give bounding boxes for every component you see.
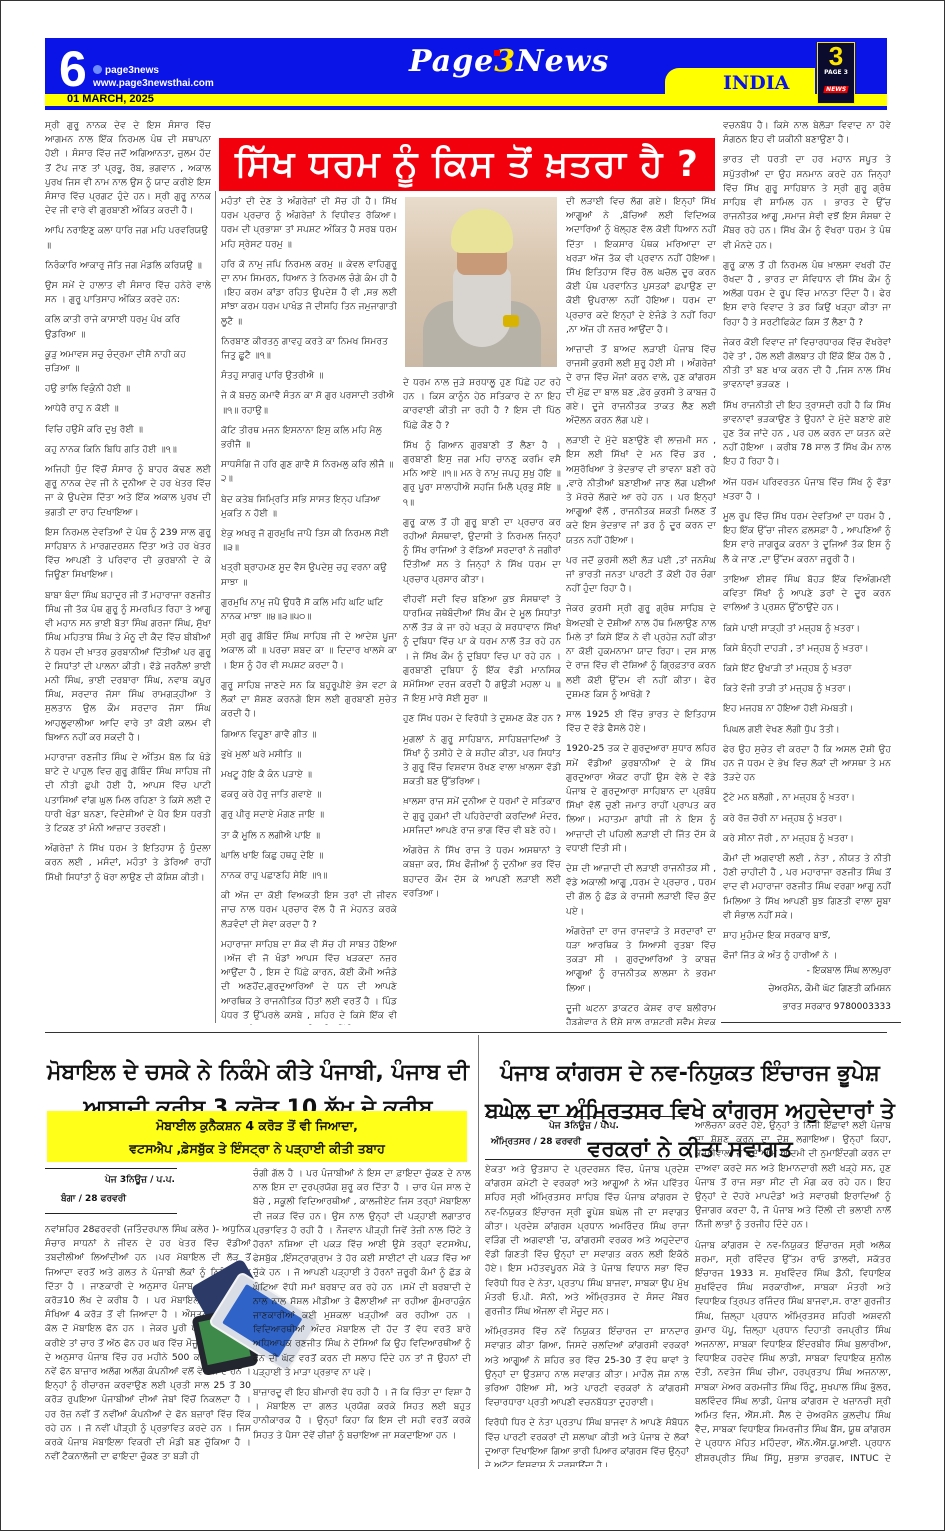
main-article-column-2: ਮਹੰਤਾਂ ਦੀ ਦੇਣ ਤੇ ਅੰਗਰੇਜ਼ਾਂ ਦੀ ਸੋਚ ਹੀ ਹੈ।… (221, 195, 397, 1025)
author-name: - ਇਕਬਾਲ ਸਿੰਘ ਲਾਲਪੁਰਾ (723, 964, 891, 979)
paragraph: ਲੜਾਈ ਦੇ ਮੁੱਦੇ ਬਣਾਉਣੇ ਵੀ ਲਾਜ਼ਮੀ ਸਨ , ਇਸ ਲ… (566, 434, 716, 548)
logo-suffix: News (516, 44, 609, 79)
paragraph: ਇਸ ਨਿਰਮਲ ਦੇਵਤਿਆਂ ਦੇ ਪੰਥ ਨੂੰ 239 ਸਾਲ ਗੁਰੂ… (45, 526, 211, 583)
masthead: 6 page3news www.page3newsthai.com 01 MAR… (45, 38, 887, 110)
photo-beard (453, 267, 511, 347)
poem-line: ਕਰੇ ਸੀਨਾ ਜੋਰੀ , ਨਾ ਮਜ਼੍ਹਬ ਨੂੰ ਖ਼ਤਰਾ। (723, 832, 891, 846)
verse: ਕਲਿ ਕਾਤੀ ਰਾਜੇ ਕਾਸਾਈ ਧਰਮੁ ਪੰਖ ਕਰਿ ਉਡਰਿਆ ॥ (45, 313, 211, 341)
paragraph: ਪੰਜਾਬ ਕਾਂਗਰਸ ਦੇ ਨਵ-ਨਿਯੁਕਤ ਇੰਚਾਰਜ ਸ੍ਰੀ ਅਲ… (695, 1239, 891, 1467)
poem-line: ਕਿਸੇ ਬੰਨ੍ਹੀ ਦਾਹੜੀ , ਤਾਂ ਮਜ਼੍ਹਬ ਨੂੰ ਖ਼ਤਰਾ… (723, 642, 891, 656)
author-signoff: - ਇਕਬਾਲ ਸਿੰਘ ਲਾਲਪੁਰਾ ਚੇਅਰਮੈਨ, ਕੌਮੀ ਘੱਟ ਗ… (723, 964, 891, 1018)
paragraph: 1920-25 ਤਕ ਦੇ ਗੁਰਦੁਆਰਾ ਸੁਧਾਰ ਲਹਿਰ ਸਮੇਂ ਵ… (566, 742, 716, 856)
congress-byline-place-date: ਅੰਮ੍ਰਿਤਸਰ / 28 ਫਰਵਰੀ (491, 1133, 581, 1151)
paragraph: ਉਸ ਸਮੇਂ ਦੇ ਹਾਲਾਤ ਵੀ ਸੰਸਾਰ ਵਿੱਚ ਹਨੇਰੇ ਵਾਲ… (45, 279, 211, 307)
verse: ਗੁਰੁ ਪੀਰੁ ਸਦਾਏ ਮੰਗਣ ਜਾਇ ॥ (221, 808, 397, 822)
byline-rule (45, 1213, 177, 1214)
verse: ਹਉ ਭਾਲਿ ਵਿਕੁੰਨੀ ਹੋਈ ॥ (45, 382, 211, 396)
verse: ਖਤ੍ਰੀ ਬ੍ਰਾਹਮਣ ਸੂਦ ਵੈਸ ਉਪਦੇਸੁ ਚਹੁ ਵਰਨਾ ਕਉ… (221, 561, 397, 589)
paragraph: ਭਾਰਤ ਦੀ ਧਰਤੀ ਦਾ ਹਰ ਮਹਾਨ ਸਪੂਤ ਤੇ ਸਪੁੱਤਰੀਆ… (723, 153, 891, 252)
story-divider (478, 1035, 479, 1469)
paragraph: ਦੂਜੀ ਘਟਨਾ ਡਾਕਟਰ ਕੇਸ਼ਵ ਰਾਵ ਬਲੀਰਾਮ ਹੈਡਗੇਵਾ… (566, 1002, 716, 1025)
verse: ਭੁਖੇ ਮੁਲਾਂ ਘਰੇ ਮਸੀਤਿ ॥ (221, 748, 397, 762)
paragraph: ਤਾਇਆ ਈਸ਼ਵ ਸਿੰਘ ਬੋਹੜ ਇੱਕ ਵਿਅੰਗਮਈ ਕਵਿਤਾ ਸਿ… (723, 573, 891, 616)
congress-story-column-1: ਏਕਤਾ ਅਤੇ ਉਤਸ਼ਾਹ ਦੇ ਪ੍ਰਦਰਸ਼ਨ ਵਿੱਚ, ਪੰਜਾਬ … (485, 1163, 689, 1467)
verse: ਮਖਟੂ ਹੋਇ ਕੈ ਕੰਨ ਪੜਾਏ ॥ (221, 768, 397, 782)
paragraph: ਦੇ ਧਰਮ ਨਾਲ ਜੁੜੇ ਸ਼ਰਧਾਲੂ ਹੁਣ ਪਿੱਛੇ ਹਟ ਰਹੇ… (403, 376, 561, 433)
paragraph: ਬਾਜ਼ਾਰਦੂ ਵੀ ਇਹ ਬੀਮਾਰੀ ਵੱਧ ਰਹੀ ਹੈ । ਜੋ ਕਿ… (253, 1386, 471, 1443)
verse: ਬੇਦ ਕਤੇਬ ਸਿਮ੍ਰਿਤਿ ਸਭਿ ਸਾਸਤ ਇਨ੍ਹ ਪੜਿਆ ਮੁਕ… (221, 493, 397, 521)
paragraph: ਅੱਜ ਧਰਮ ਪਰਿਵਰਤਨ ਪੰਜਾਬ ਵਿੱਚ ਸਿੱਖ ਨੂੰ ਵੱਡਾ… (723, 476, 891, 504)
paragraph: ਦੀ ਲੜਾਈ ਵਿਚ ਲੱਗ ਗਏ। ਇਨ੍ਹਾਂ ਸਿੱਖ ਆਗੂਆਂ ਨੇ… (566, 195, 716, 337)
verse: ਨਾਨਕ ਰਾਹੁ ਪਛਾਣਹਿ ਸੇਇ ॥੧॥ (221, 869, 397, 883)
paragraph: ਵਿਰੋਧੀ ਧਿਰ ਦੇ ਨੇਤਾ ਪ੍ਰਤਾਪ ਸਿੰਘ ਬਾਜਵਾ ਨੇ … (485, 1416, 689, 1467)
photo-turban (451, 209, 513, 253)
main-article-column-3: ਦੇ ਧਰਮ ਨਾਲ ਜੁੜੇ ਸ਼ਰਧਾਲੂ ਹੁਣ ਪਿੱਛੇ ਹਟ ਰਹੇ… (403, 376, 561, 1026)
paragraph: ਏਕਤਾ ਅਤੇ ਉਤਸ਼ਾਹ ਦੇ ਪ੍ਰਦਰਸ਼ਨ ਵਿੱਚ, ਪੰਜਾਬ … (485, 1163, 689, 1319)
page-number: 6 (59, 42, 87, 96)
badge-news: NEWS (823, 86, 849, 93)
poem-line: ਪਿਘਲ ਗਈ ਵੇਖਣ ਲੱਗੀ ਧੁੱਪ ਤੱਤੀ। (723, 723, 891, 737)
badge-text: PAGE 3 (818, 69, 854, 76)
paragraph: ਅਜਿਹੀ ਧੁੰਦ ਵਿੱਚੋਂ ਸੰਸਾਰ ਨੂੰ ਬਾਹਰ ਕੱਢਣ ਲਈ… (45, 463, 211, 520)
verse: ਘਾਲਿ ਖਾਇ ਕਿਛੁ ਹਥਹੁ ਦੇਇ ॥ (221, 849, 397, 863)
verse: ਆਪਿ ਨਰਾਇਣੁ ਕਲਾ ਧਾਰਿ ਜਗ ਮਹਿ ਪਰਵਰਿਯਉ ॥ (45, 224, 211, 252)
poem-line: ਕਿਤੇ ਵੱਜੀ ਤਾੜੀ ਤਾਂ ਮਜ਼੍ਹਬ ਨੂੰ ਖ਼ਤਰਾ। (723, 682, 891, 696)
paragraph: ਕੌਮਾਂ ਦੀ ਅਗਵਾਈ ਲਈ , ਨੇਤਾ , ਨੀਯਤ ਤੇ ਨੀਤੀ … (723, 852, 891, 923)
poem-line: ਫੌਜਾਂ ਜਿੱਤ ਕੇ ਅੰਤ ਨੂੰ ਹਾਰੀਆਂ ਨੇ । (723, 949, 891, 963)
paragraph: ਮਹਾਰਾਜਾ ਸਾਹਿਬ ਦਾ ਸ਼ੱਕ ਵੀ ਸੱਚ ਹੀ ਸਾਬਤ ਹੋਇ… (221, 938, 397, 1025)
badge-number: 3 (818, 43, 854, 69)
paragraph: ਫੇਰ ਉਹ ਸੁਚੇਤ ਵੀ ਕਰਦਾ ਹੈ ਕਿ ਅਸਲ ਦੋਸ਼ੀ ਉਹ … (723, 743, 891, 786)
paragraph: ਕੀ ਅੱਜ ਦਾ ਕੋਈ ਵਿਅਕਤੀ ਇਸ ਤਰਾਂ ਦੀ ਜੀਵਨ ਜਾਚ… (221, 889, 397, 932)
verse: ਵਿਚਿ ਹਉਮੈ ਕਰਿ ਦੁਖੁ ਰੋਈ ॥ (45, 423, 211, 437)
mobile-story-column-2: ਚੰਗੀ ਗੱਲ ਹੈ । ਪਰ ਪੰਜਾਬੀਆਂ ਨੇ ਇਸ ਦਾ ਫ਼ਾਇਦ… (253, 1167, 471, 1467)
page3-badge-logo: 3 PAGE 3 NEWS (817, 42, 855, 104)
edition-country: INDIA (723, 72, 789, 94)
poem-line: ਟੁੱਟੇ ਮਨ ਬਲੋਗੀ , ਨਾ ਮਜ਼੍ਹਬ ਨੂੰ ਖ਼ਤਰਾ। (723, 791, 891, 805)
author-org-phone: ਭਾਰਤ ਸਰਕਾਰ 9780003333 (723, 1000, 891, 1015)
paragraph: ਅੰਗਰੇਜ਼ਾਂ ਨੇ ਸਿੱਖ ਧਰਮ ਤੇ ਇਤਿਹਾਸ ਨੂੰ ਧੁੰਦ… (45, 842, 211, 885)
verse: ਸਾਧਸੰਗਿ ਜੋ ਹਰਿ ਗੁਣ ਗਾਵੈ ਸੋ ਨਿਰਮਲੁ ਕਰਿ ਲੀ… (221, 458, 397, 486)
paragraph: ਪਰ ਜਦੋਂ ਕੁਰਸੀ ਲਈ ਲੋੜ ਪਈ ,ਤਾਂ ਜਨਸੰਘ ਜਾਂ ਭ… (566, 554, 716, 597)
mobile-story-subheadline: ਮੋਬਾਈਲ ਕੁਨੈਕਸ਼ਨ 4 ਕਰੋੜ ਤੋਂ ਵੀ ਜਿਆਦਾ, ਵਟਸ… (47, 1111, 467, 1162)
verse: ਕਹੁ ਨਾਨਕ ਕਿਨਿ ਬਿਧਿ ਗਤਿ ਹੋਈ ॥੧॥ (45, 443, 211, 457)
paragraph: ਮਹੰਤਾਂ ਦੀ ਦੇਣ ਤੇ ਅੰਗਰੇਜ਼ਾਂ ਦੀ ਸੋਚ ਹੀ ਹੈ।… (221, 195, 397, 252)
verse: ਜੇ ਕੋ ਬਚਨੁ ਕਮਾਵੈ ਸੰਤਨ ਕਾ ਸੋ ਗੁਰ ਪਰਸਾਦੀ ਤ… (221, 389, 397, 417)
congress-story-column-2: ਆਲੋਚਨਾ ਕਰਦੇ ਹੋਏ, ਉਨ੍ਹਾਂ ਤੇ ਨਿੱਜੀ ਇੱਛਾਵਾਂ… (695, 1119, 891, 1467)
paragraph: ਸ੍ਰੀ ਗੁਰੂ ਨਾਨਕ ਦੇਵ ਦੇ ਇਸ ਸੰਸਾਰ ਵਿੱਚ ਆਗਮਨ… (45, 119, 211, 218)
paragraph: ਆਜ਼ਾਦੀ ਤੋਂ ਬਾਅਦ ਲੜਾਈ ਪੰਜਾਬ ਵਿੱਚ ਰਾਜਸੀ ਕੁ… (566, 343, 716, 428)
byline-rule (485, 1159, 685, 1160)
poem-line: ਕਿਸੇ ਪਾਈ ਸਾੜ੍ਹੀ ਤਾਂ ਮਜ਼੍ਹਬ ਨੂੰ ਖ਼ਤਰਾ। (723, 622, 891, 636)
paragraph: ਗੁਰੂ ਕਾਲ ਤੋਂ ਹੀ ਨਿਰਮਲ ਪੰਥ ਖ਼ਾਲਸਾ ਵਖਰੀ ਹੋ… (723, 259, 891, 330)
logo-three: 3 (494, 44, 516, 79)
author-photo (405, 197, 557, 367)
paragraph: ਹੁਣ ਸਿੱਖ ਧਰਮ ਦੇ ਵਿਰੋਧੀ ਤੇ ਦੁਸ਼ਮਣ ਕੌਣ ਹਨ … (403, 712, 561, 726)
verse: ਆਧੇਰੈ ਰਾਹੁ ਨ ਕੋਈ ॥ (45, 402, 211, 416)
paragraph: ਦੇਸ਼ ਦੀ ਆਜ਼ਾਦੀ ਦੀ ਲੜਾਈ ਰਾਜਨੀਤਕ ਸੀ , ਵੱਡੇ… (566, 862, 716, 919)
paragraph: ਆਲੋਚਨਾ ਕਰਦੇ ਹੋਏ, ਉਨ੍ਹਾਂ ਤੇ ਨਿੱਜੀ ਇੱਛਾਵਾਂ… (695, 1119, 891, 1233)
main-article-column-5: ਵਚਨਬੱਧ ਹੈ। ਕਿਸੇ ਨਾਲ ਬੇਲੋੜਾ ਵਿਵਾਦ ਨਾ ਹੋਵੇ… (723, 119, 891, 964)
verse: ਨਿਰੰਕਾਰਿ ਆਕਾਰੁ ਜੋਤਿ ਜਗ ਮੰਡਲਿ ਕਰਿਯਉ ॥ (45, 259, 211, 273)
main-headline: ਸਿੱਖ ਧਰਮ ਨੂੰ ਕਿਸ ਤੋਂ ਖ਼ਤਰਾ ਹੈ ? (219, 138, 715, 191)
paragraph: ਅੰਗਰੇਜ਼ ਨੇ ਸਿੱਖ ਰਾਜ ਤੇ ਧਰਮ ਅਸਥਾਨਾਂ ਤੇ ਕਬ… (403, 844, 561, 901)
paragraph: ਹਰਿ ਕੋ ਨਾਮੁ ਜਪਿ ਨਿਰਮਲ ਕਰਮੁ ॥ ਕੇਵਲ ਵਾਹਿਗੁ… (221, 258, 397, 329)
paragraph: ਜੇਕਰ ਕੁਰਸੀ ਸ੍ਰੀ ਗੁਰੂ ਗ੍ਰੰਥ ਸਾਹਿਬ ਦੇ ਬੇਅਦ… (566, 602, 716, 701)
paragraph: ਮਹਾਰਾਜਾ ਰਣਜੀਤ ਸਿੰਘ ਦੇ ਅੰਤਿਮ ਬੋਲ ਕਿ ਖੰਡੇ … (45, 751, 211, 836)
verse: ਫਕਰੁ ਕਰੇ ਹੋਰੁ ਜਾਤਿ ਗਵਾਏ ॥ (221, 788, 397, 802)
author-designation: ਚੇਅਰਮੈਨ, ਕੌਮੀ ਘੱਟ ਗਿਣਤੀ ਕਮਿਸ਼ਨ (723, 982, 891, 997)
paragraph: ਅੰਮ੍ਰਿਤਸਰ ਵਿੱਚ ਨਵੇਂ ਨਿਯੁਕਤ ਇੰਚਾਰਜ ਦਾ ਸ਼ਾ… (485, 1325, 689, 1410)
signoff-rule (721, 1022, 901, 1023)
verse: ਸੰਤਹੁ ਸਾਗਰੁ ਪਾਰਿ ਉਤਰੀਐ ॥ (221, 369, 397, 383)
paragraph: ਵਚਨਬੱਧ ਹੈ। ਕਿਸੇ ਨਾਲ ਬੇਲੋੜਾ ਵਿਵਾਦ ਨਾ ਹੋਵੇ… (723, 119, 891, 147)
column-divider (215, 191, 216, 1023)
verse: ਗਿਆਨ ਵਿਹੂਣਾ ਗਾਵੈ ਗੀਤ ॥ (221, 728, 397, 742)
paragraph: ਸਾਲ 1925 ਈ ਵਿੱਚ ਭਾਰਤ ਦੇ ਇਤਿਹਾਸ ਵਿੱਚ ਦੋ ਵ… (566, 708, 716, 736)
website-link[interactable]: www.page3newsthai.com (93, 78, 214, 89)
main-article-column-4: ਦੀ ਲੜਾਈ ਵਿਚ ਲੱਗ ਗਏ। ਇਨ੍ਹਾਂ ਸਿੱਖ ਆਗੂਆਂ ਨੇ… (566, 195, 716, 1025)
social-handle: page3news (93, 64, 159, 78)
social-handle-text: page3news (105, 65, 159, 76)
paragraph: ਜੇਕਰ ਕੋਈ ਵਿਵਾਦ ਜਾਂ ਵਿਚਾਰਧਾਰਕ ਵਿੱਚ ਵੱਖਰੇਵ… (723, 336, 891, 393)
poem-line: ਇਹ ਮਜਹਬ ਨਾ ਹੋਇਆ ਹੋਈ ਮੋਮਬਤੀ। (723, 702, 891, 716)
main-article-column-1: ਸ੍ਰੀ ਗੁਰੂ ਨਾਨਕ ਦੇਵ ਦੇ ਇਸ ਸੰਸਾਰ ਵਿੱਚ ਆਗਮਨ… (45, 119, 211, 1021)
verse: ਨਿਰਬਾਣ ਕੀਰਤਨੁ ਗਾਵਹੁ ਕਰਤੇ ਕਾ ਨਿਮਖ ਸਿਮਰਤ ਜ… (221, 335, 397, 363)
issue-date: 01 MARCH, 2025 (67, 93, 154, 105)
paragraph: ਗੁਰੂ ਸਾਹਿਬ ਜਾਣਦੇ ਸਨ ਕਿ ਬਹੁਰੂਪੀਏ ਭੇਸ ਵਟਾ … (221, 679, 397, 722)
paragraph: ਵੀਹਵੀਂ ਸਦੀ ਵਿਚ ਬਣਿਆ ਕੁਝ ਸੰਸਥਾਵਾਂ ਤੇ ਧਾਰਮ… (403, 593, 561, 707)
paragraph: ਮੂਲ ਰੂਪ ਵਿੱਚ ਸਿੱਖ ਧਰਮ ਦੇਵਤਿਆਂ ਦਾ ਧਰਮ ਹੈ … (723, 510, 891, 567)
paragraph: ਬਾਬਾ ਬੰਦਾ ਸਿੰਘ ਬਹਾਦੁਰ ਜੀ ਤੋਂ ਮਹਾਰਾਜਾ ਰਣਜ… (45, 589, 211, 745)
paragraph: ਗੁਰੂ ਕਾਲ ਤੋਂ ਹੀ ਗੁਰੂ ਬਾਣੀ ਦਾ ਪ੍ਰਚਾਰ ਕਰ ਰ… (403, 516, 561, 587)
verse: ਗੁਰਮੁਖਿ ਨਾਮੁ ਜਪੈ ਉਧਰੈ ਸੋ ਕਲਿ ਮਹਿ ਘਟਿ ਘਟਿ… (221, 596, 397, 624)
newspaper-logo: Page3News (409, 44, 609, 79)
facebook-icon (93, 65, 102, 74)
paragraph: ਸ੍ਰੀ ਗੁਰੂ ਗੋਬਿੰਦ ਸਿੰਘ ਸਾਹਿਬ ਜੀ ਦੇ ਆਦੇਸ਼ … (221, 630, 397, 673)
paragraph: ਖ਼ਾਲਸਾ ਰਾਜ ਸਮੇਂ ਦੁਨੀਆ ਦੇ ਧਰਮਾਂ ਦੇ ਸਤਿਕਾਰ… (403, 795, 561, 838)
section-divider (45, 1032, 887, 1033)
subheadline-line-1: ਮੋਬਾਈਲ ਕੁਨੈਕਸ਼ਨ 4 ਕਰੋੜ ਤੋਂ ਵੀ ਜਿਆਦਾ, (47, 1114, 467, 1137)
poem-line: ਕਰੇ ਰੋਜ਼ ਚੋਰੀ ਨਾ ਮਜ਼੍ਹਬ ਨੂੰ ਖ਼ਤਰਾ। (723, 812, 891, 826)
verse: ਕੋਟਿ ਤੀਰਥ ਮਜਨ ਇਸਨਾਨਾ ਇਸੁ ਕਲਿ ਮਹਿ ਮੈਲੁ ਭਰ… (221, 424, 397, 452)
paragraph: ਸਿੱਖ ਰਾਜਨੀਤੀ ਦੀ ਇਹ ਤ੍ਰਾਸਦੀ ਰਹੀ ਹੈ ਕਿ ਸਿੱ… (723, 399, 891, 470)
paragraph: ਅੰਗਰੇਜ਼ਾਂ ਦਾ ਰਾਜ ਰਾਜਵਾੜੇ ਤੇ ਸਰਦਾਰਾਂ ਦਾ ਧ… (566, 925, 716, 996)
verse: ਏਕੁ ਅਖਰੁ ਜੋ ਗੁਰਮੁਖਿ ਜਾਪੈ ਤਿਸ ਕੀ ਨਿਰਮਲ ਸੋ… (221, 527, 397, 555)
photo-pocket-square (503, 315, 519, 327)
paragraph: ਮੁਗਲਾਂ ਨੇ ਗੁਰੂ ਸਾਹਿਬਾਨ, ਸਾਹਿਬਜ਼ਾਦਿਆਂ ਤੇ … (403, 733, 561, 790)
subheadline-line-2: ਵਟਸਐਪ ,ਫ਼ੇਸਬੁੱਕ ਤੇ ਇੰਸਟ੍ਰਾ ਨੇ ਪੜ੍ਹਾਈ ਕੀਤ… (47, 1137, 467, 1160)
verse: ਕੂੜੁ ਅਮਾਵਸ ਸਚੁ ਚੰਦ੍ਰਮਾ ਦੀਸੈ ਨਾਹੀ ਕਹ ਚੜਿਆ… (45, 348, 211, 376)
poem-line: ਕਿਸੇ ਇੱਟ ਉਖਾੜੀ ਤਾਂ ਮਜ਼੍ਹਬ ਨੂੰ ਖ਼ਤਰਾ (723, 662, 891, 676)
paragraph: ਚੰਗੀ ਗੱਲ ਹੈ । ਪਰ ਪੰਜਾਬੀਆਂ ਨੇ ਇਸ ਦਾ ਫ਼ਾਇਦ… (253, 1167, 471, 1380)
mobile-byline-place-date: ਬੰਗਾ / 28 ਫਰਵਰੀ (61, 1188, 126, 1210)
logo-prefix: Page (409, 44, 494, 79)
verse: ਤਾ ਕੈ ਮੂਲਿ ਨ ਲਗੀਐ ਪਾਇ ॥ (221, 829, 397, 843)
paragraph: ਸਿੱਖ ਨੂੰ ਗਿਆਨ ਗੁਰਬਾਣੀ ਤੋਂ ਲੈਣਾ ਹੈ । ਗੁਰਬ… (403, 439, 561, 510)
poem-line: ਸ਼ਾਹ ਮੁਹੰਮਦ ਇਕ ਸਰਕਾਰ ਬਾਝੋਂ, (723, 929, 891, 943)
